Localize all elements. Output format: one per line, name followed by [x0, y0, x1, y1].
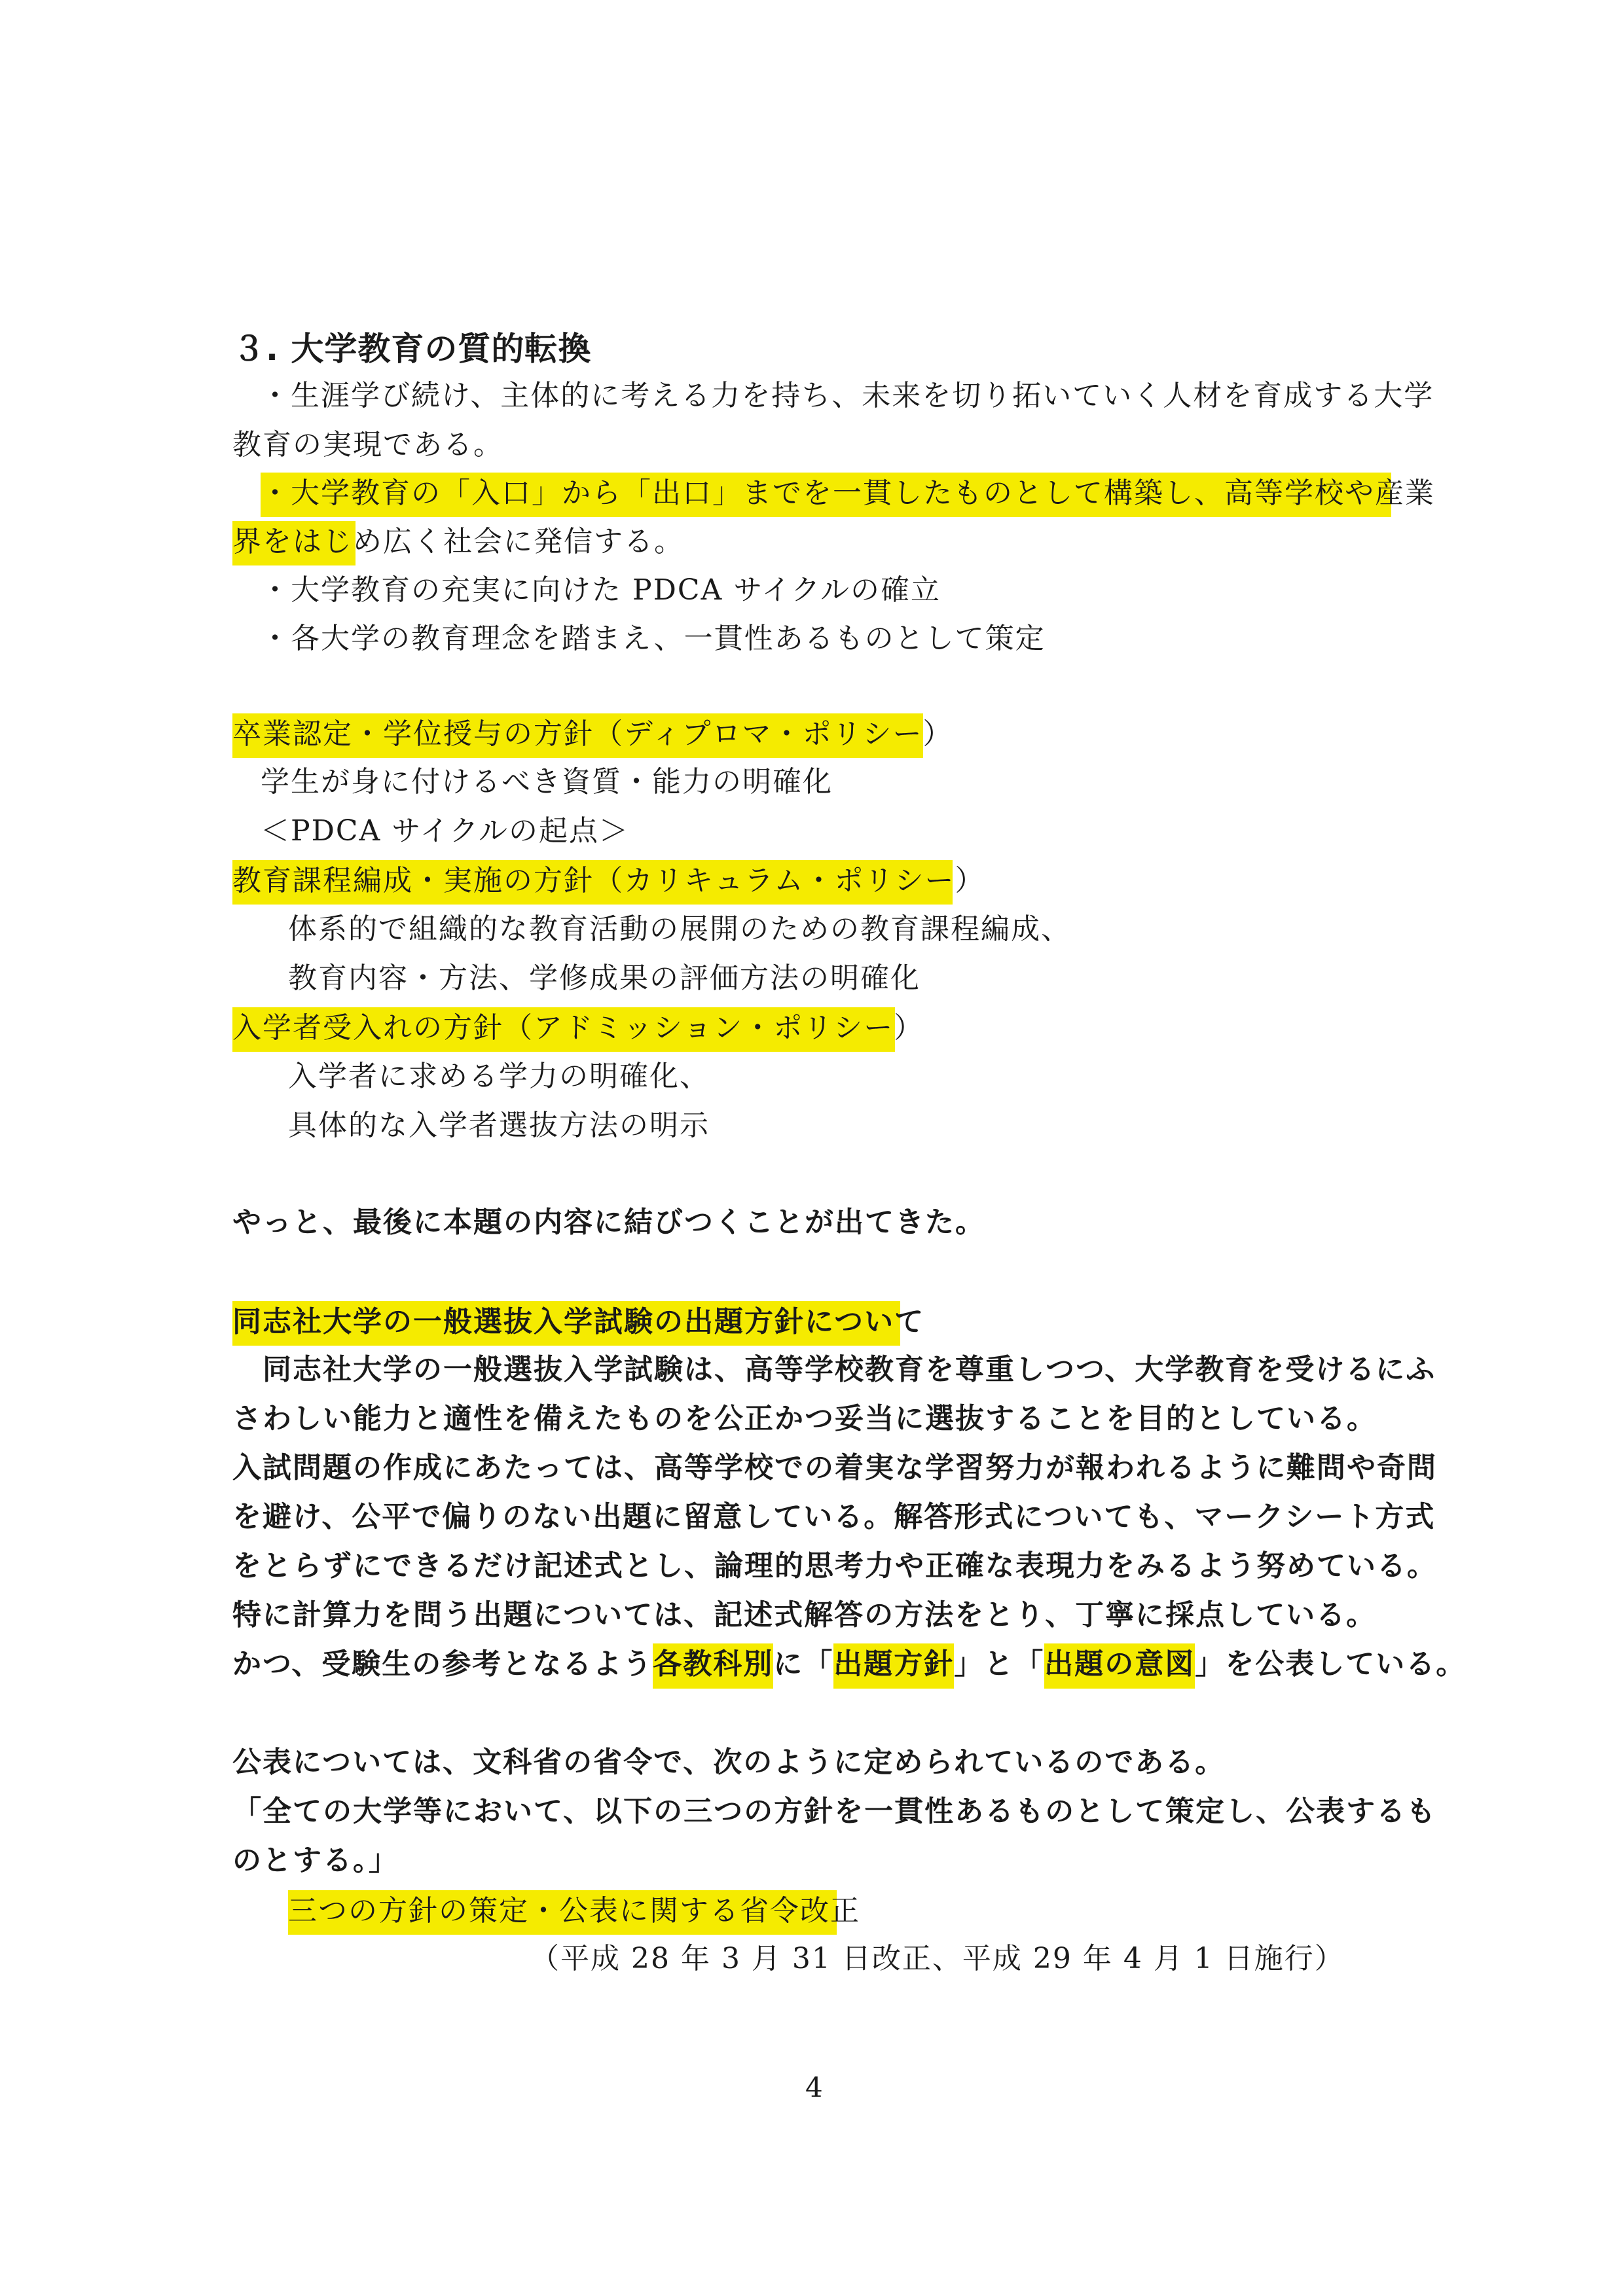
policy-admission-line-1: 入学者に求める学力の明確化、	[288, 1057, 710, 1096]
publication-line-1: 公表については、文科省の省令で、次のように定められているのである。	[232, 1743, 1225, 1782]
section-heading: ３. 大学教育の質的転換	[232, 327, 591, 370]
bullet-pdca: ・大学教育の充実に向けた PDCA サイクルの確立	[261, 571, 941, 610]
doshisha-title: 同志社大学の一般選抜入学試験の出題方針について	[232, 1301, 900, 1346]
doshisha-line-6: 特に計算力を問う出題については、記述式解答の方法をとり、丁寧に採点している。	[232, 1596, 1376, 1635]
document-page: ３. 大学教育の質的転換 ・生涯学び続け、主体的に考える力を持ち、未来を切り拓い…	[0, 0, 1623, 2296]
policy-admission-line-2: 具体的な入学者選抜方法の明示	[288, 1106, 710, 1145]
policy-curriculum-line-2: 教育内容・方法、学修成果の評価方法の明確化	[288, 959, 921, 998]
doshisha-line-7: かつ、受験生の参考となるよう各教科別に「出題方針」と「出題の意図」を公表している…	[232, 1645, 1466, 1684]
policy-title-admission: 入学者受入れの方針（アドミッション・ポリシー）	[232, 1007, 895, 1052]
highlight-question-intent: 出題の意図	[1044, 1643, 1195, 1689]
remark: やっと、最後に本題の内容に結びつくことが出てきた。	[232, 1203, 985, 1242]
highlighted-bullet-line-2: 界をはじめ広く社会に発信する。	[232, 521, 356, 565]
segment-text: 」と「	[954, 1647, 1044, 1681]
doshisha-line-1: 同志社大学の一般選抜入学試験は、高等学校教育を尊重しつつ、大学教育を受けるにふ	[232, 1350, 1436, 1390]
intro-line-1: ・生涯学び続け、主体的に考える力を持ち、未来を切り拓いていく人材を育成する大学	[261, 376, 1434, 416]
policy-title-diploma: 卒業認定・学位授与の方針（ディプロマ・ポリシー）	[232, 713, 923, 758]
segment-text: かつ、受験生の参考となるよう	[232, 1647, 653, 1681]
ordinance-title: 三つの方針の策定・公表に関する省令改正	[288, 1890, 837, 1935]
segment-text: に「	[773, 1647, 833, 1681]
highlight-question-policy: 出題方針	[833, 1643, 954, 1689]
doshisha-line-3: 入試問題の作成にあたっては、高等学校での着実な学習努力が報われるように難問や奇問	[232, 1448, 1437, 1488]
policy-curriculum-line-1: 体系的で組織的な教育活動の展開のための教育課程編成、	[288, 910, 1071, 949]
policy-diploma-line-2: ＜PDCA サイクルの起点＞	[261, 812, 629, 851]
publication-line-2: 「全ての大学等において、以下の三つの方針を一貫性あるものとして策定し、公表するも	[232, 1792, 1436, 1831]
doshisha-line-2: さわしい能力と適性を備えたものを公正かつ妥当に選抜することを目的としている。	[232, 1399, 1377, 1439]
policy-diploma-line-1: 学生が身に付けるべき資質・能力の明確化	[261, 762, 833, 802]
bullet-consistency: ・各大学の教育理念を踏まえ、一貫性あるものとして策定	[261, 619, 1046, 658]
page-number: 4	[805, 2068, 824, 2108]
doshisha-line-4: を避け、公平で偏りのない出題に留意している。解答形式についても、マークシート方式	[232, 1498, 1435, 1537]
segment-text: 」を公表している。	[1195, 1647, 1466, 1681]
doshisha-line-5: をとらずにできるだけ記述式とし、論理的思考力や正確な表現力をみるよう努めている。	[232, 1547, 1437, 1586]
ordinance-dates: （平成 28 年 3 月 31 日改正、平成 29 年 4 月 1 日施行）	[530, 1939, 1345, 1979]
intro-line-2: 教育の実現である。	[232, 425, 503, 465]
publication-line-3: のとする。」	[232, 1841, 399, 1880]
policy-title-curriculum: 教育課程編成・実施の方針（カリキュラム・ポリシー）	[232, 860, 953, 905]
highlighted-bullet-line-1: ・大学教育の「入口」から「出口」までを一貫したものとして構築し、高等学校や産業	[261, 473, 1391, 517]
highlight-each-subject: 各教科別	[653, 1643, 773, 1689]
